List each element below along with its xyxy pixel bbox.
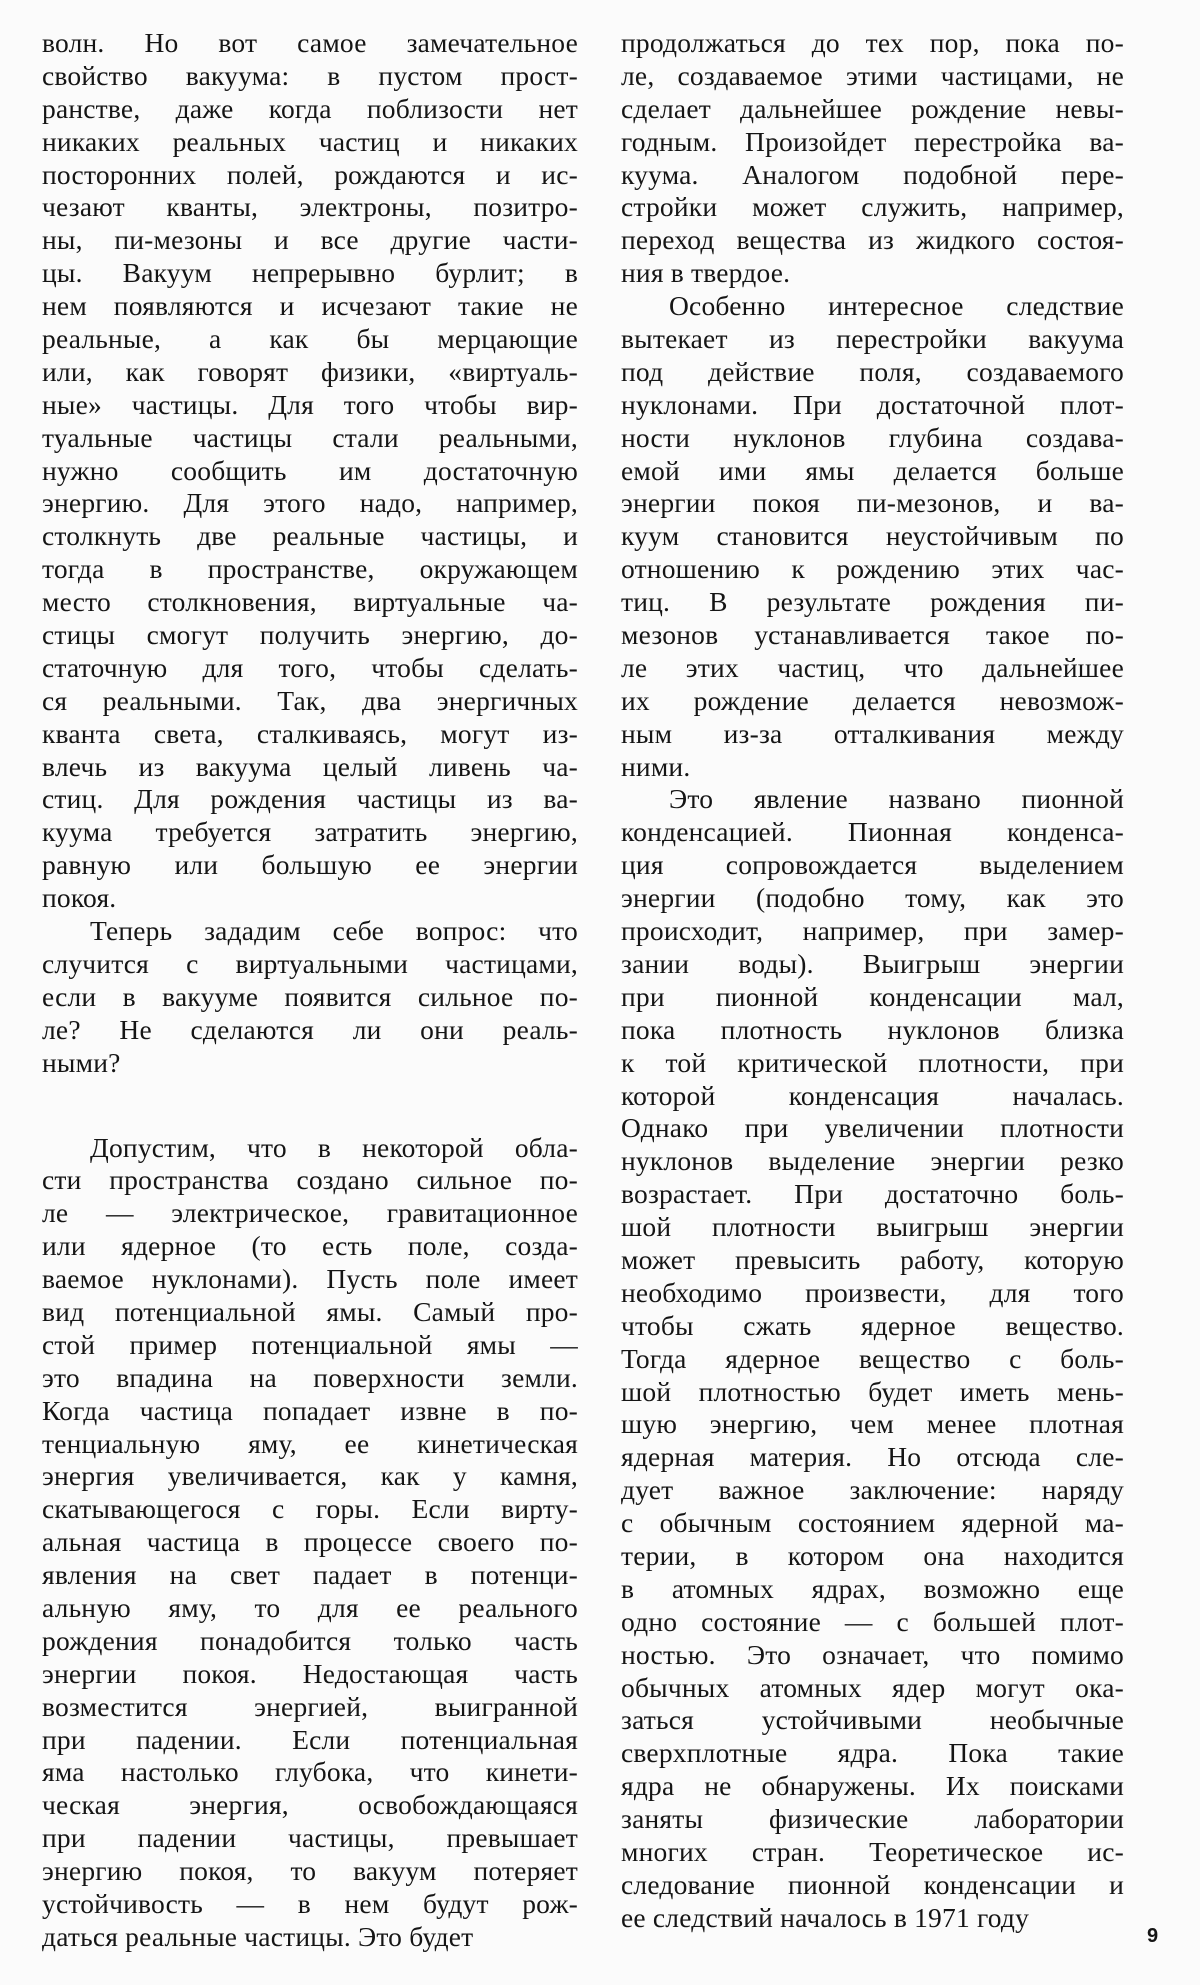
text-line: под действие поля, создаваемого [621,356,1124,389]
text-line: цы. Вакуум непрерывно бурлит; в [42,257,578,290]
right-column: продолжаться до тех пор, пока по-ле, соз… [621,27,1124,1935]
text-line: устойчивость — в нем будут рож- [42,1888,578,1921]
text-line: случится с виртуальными частицами, [42,948,578,981]
text-line: переход вещества из жидкого состоя- [621,224,1124,257]
text-line: даться реальные частицы. Это будет [42,1921,578,1954]
text-line: шой плотностью будет иметь мень- [621,1376,1124,1409]
text-line: рождения понадобится только часть [42,1625,578,1658]
text-line: ранстве, даже когда поблизости нет [42,93,578,126]
text-line: тиц. В результате рождения пи- [621,586,1124,619]
text-line: энергии покоя пи-мезонов, и ва- [621,487,1124,520]
text-line: стой пример потенциальной ямы — [42,1329,578,1362]
text-line: ними. [621,751,1124,784]
text-line: энергии (подобно тому, как это [621,882,1124,915]
text-line: заняты физические лаборатории [621,1803,1124,1836]
text-line: ядерная материя. Но отсюда сле- [621,1441,1124,1474]
page-number: 9 [1147,1925,1158,1948]
text-line: ными? [42,1047,578,1080]
text-line: ядра не обнаружены. Их поисками [621,1770,1124,1803]
text-line: сти пространства создано сильное по- [42,1164,578,1197]
left-column: волн. Но вот самое замечательноесвойство… [42,27,578,1954]
text-line: одно состояние — с большей плот- [621,1606,1124,1639]
text-line: которой конденсация началась. [621,1080,1124,1113]
text-line: дует важное заключение: наряду [621,1474,1124,1507]
text-line: столкнуть две реальные частицы, и [42,520,578,553]
text-line: ностью. Это означает, что помимо [621,1639,1124,1672]
text-line: следование пионной конденсации и [621,1869,1124,1902]
text-line: куум становится неустойчивым по [621,520,1124,553]
text-line: емой ими ямы делается больше [621,455,1124,488]
text-line: может превысить работу, которую [621,1244,1124,1277]
text-line: явления на свет падает в потенци- [42,1559,578,1592]
text-line: туальные частицы стали реальными, [42,422,578,455]
text-line: Это явление названо пионной [621,783,1124,816]
text-line: продолжаться до тех пор, пока по- [621,27,1124,60]
text-line: это впадина на поверхности земли. [42,1362,578,1395]
text-line: тенциальную яму, ее кинетическая [42,1428,578,1461]
text-line: альная частица в процессе своего по- [42,1526,578,1559]
text-line: ния в твердое. [621,257,1124,290]
text-line: вытекает из перестройки вакуума [621,323,1124,356]
text-line: необходимо произвести, для того [621,1277,1124,1310]
text-line: стройки может служить, например, [621,191,1124,224]
text-line: возместится энергией, выигранной [42,1691,578,1724]
text-line: стицы смогут получить энергию, до- [42,619,578,652]
text-line: при падении. Если потенциальная [42,1724,578,1757]
text-line: ные» частицы. Для того чтобы вир- [42,389,578,422]
text-line: если в вакууме появится сильное по- [42,981,578,1014]
text-line: или ядерное (то есть поле, созда- [42,1230,578,1263]
text-line: шую энергию, чем менее плотная [621,1408,1124,1441]
text-line: нужно сообщить им достаточную [42,455,578,488]
text-line: посторонних полей, рождаются и ис- [42,159,578,192]
text-line: энергия увеличивается, как у камня, [42,1460,578,1493]
text-line: энергию. Для этого надо, например, [42,487,578,520]
text-line: скатывающегося с горы. Если вирту- [42,1493,578,1526]
text-line: свойство вакуума: в пустом прост- [42,60,578,93]
text-line: ся реальными. Так, два энергичных [42,685,578,718]
text-line: терии, в котором она находится [621,1540,1124,1573]
text-line: сделает дальнейшее рождение невы- [621,93,1124,126]
text-line: стиц. Для рождения частицы из ва- [42,783,578,816]
text-line: Особенно интересное следствие [621,290,1124,323]
text-line: волн. Но вот самое замечательное [42,27,578,60]
text-line: происходит, например, при замер- [621,915,1124,948]
text-line: сверхплотные ядра. Пока такие [621,1737,1124,1770]
text-line: статочную для того, чтобы сделать- [42,652,578,685]
text-line: или, как говорят физики, «виртуаль- [42,356,578,389]
text-line: годным. Произойдет перестройка ва- [621,126,1124,159]
paragraph: Особенно интересное следствиевытекает из… [621,290,1124,783]
text-line: чезают кванты, электроны, позитро- [42,191,578,224]
paragraph: продолжаться до тех пор, пока по-ле, соз… [621,27,1124,290]
text-line: заться устойчивыми необычные [621,1704,1124,1737]
text-line: ным из-за отталкивания между [621,718,1124,751]
text-line: ваемое нуклонами). Пусть поле имеет [42,1263,578,1296]
text-line: нем появляются и исчезают такие не [42,290,578,323]
text-line: куума. Аналогом подобной пере- [621,159,1124,192]
text-line: альную яму, то для ее реального [42,1592,578,1625]
text-line: зании воды). Выигрыш энергии [621,948,1124,981]
text-line: обычных атомных ядер могут ока- [621,1672,1124,1705]
text-line: шой плотности выигрыш энергии [621,1211,1124,1244]
paragraph: Допустим, что в некоторой обла-сти прост… [42,1132,578,1954]
text-line: ческая энергия, освобождающаяся [42,1789,578,1822]
text-line: мезонов устанавливается такое по- [621,619,1124,652]
text-line: энергии покоя. Недостающая часть [42,1658,578,1691]
text-line: ле? Не сделаются ли они реаль- [42,1014,578,1047]
text-line: энергию покоя, то вакуум потеряет [42,1855,578,1888]
text-line: многих стран. Теоретическое ис- [621,1836,1124,1869]
text-line: никаких реальных частиц и никаких [42,126,578,159]
text-line: в атомных ядрах, возможно еще [621,1573,1124,1606]
text-line: ны, пи-мезоны и все другие части- [42,224,578,257]
text-line: равную или большую ее энергии [42,849,578,882]
text-line: пока плотность нуклонов близка [621,1014,1124,1047]
text-line: куума требуется затратить энергию, [42,816,578,849]
text-line: покоя. [42,882,578,915]
text-line: чтобы сжать ядерное вещество. [621,1310,1124,1343]
paragraph-gap [42,1080,578,1132]
text-line: вид потенциальной ямы. Самый про- [42,1296,578,1329]
text-line: Когда частица попадает извне в по- [42,1395,578,1428]
text-line: тогда в пространстве, окружающем [42,553,578,586]
text-line: Теперь зададим себе вопрос: что [42,915,578,948]
text-line: ле, создаваемое этими частицами, не [621,60,1124,93]
text-line: нуклонов выделение энергии резко [621,1145,1124,1178]
paragraph: волн. Но вот самое замечательноесвойство… [42,27,578,915]
text-line: отношению к рождению этих час- [621,553,1124,586]
text-line: Однако при увеличении плотности [621,1112,1124,1145]
text-line: ция сопровождается выделением [621,849,1124,882]
text-line: место столкновения, виртуальные ча- [42,586,578,619]
text-line: возрастает. При достаточно боль- [621,1178,1124,1211]
text-line: ле — электрическое, гравитационное [42,1197,578,1230]
text-line: нуклонами. При достаточной плот- [621,389,1124,422]
text-line: кванта света, сталкиваясь, могут из- [42,718,578,751]
text-line: при пионной конденсации мал, [621,981,1124,1014]
text-line: Тогда ядерное вещество с боль- [621,1343,1124,1376]
text-line: Допустим, что в некоторой обла- [42,1132,578,1165]
text-line: ности нуклонов глубина создава- [621,422,1124,455]
text-line: влечь из вакуума целый ливень ча- [42,751,578,784]
text-line: их рождение делается невозмож- [621,685,1124,718]
text-line: ле этих частиц, что дальнейшее [621,652,1124,685]
text-line: конденсацией. Пионная конденса- [621,816,1124,849]
text-line: к той критической плотности, при [621,1047,1124,1080]
text-line: ее следствий началось в 1971 году [621,1902,1124,1935]
paragraph: Теперь зададим себе вопрос: чтослучится … [42,915,578,1079]
text-line: с обычным состоянием ядерной ма- [621,1507,1124,1540]
paragraph: Это явление названо пионнойконденсацией.… [621,783,1124,1934]
text-line: реальные, а как бы мерцающие [42,323,578,356]
text-line: при падении частицы, превышает [42,1822,578,1855]
text-line: яма настолько глубока, что кинети- [42,1756,578,1789]
